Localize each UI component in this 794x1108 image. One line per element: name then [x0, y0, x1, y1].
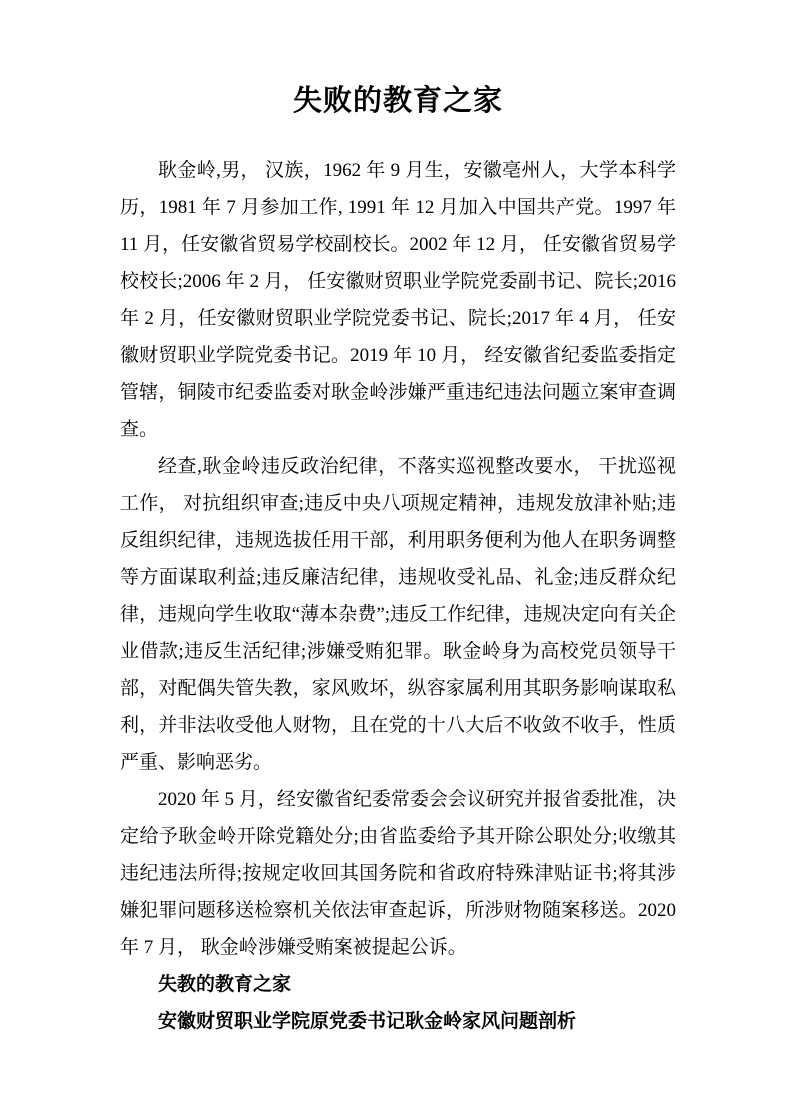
paragraph-punishment: 2020 年 5 月，经安徽省纪委常委会会议研究并报省委批准，决定给予耿金岭开除… [120, 781, 676, 966]
document-body: 耿金岭,男， 汉族，1962 年 9 月生，安徽亳州人，大学本科学历，1981 … [120, 152, 676, 1040]
subheading-failed-education-family: 失教的教育之家 [120, 966, 676, 1003]
subheading-family-conduct-analysis: 安徽财贸职业学院原党委书记耿金岭家风问题剖析 [120, 1003, 676, 1040]
page-title: 失败的教育之家 [120, 78, 676, 124]
document-page: 失败的教育之家 耿金岭,男， 汉族，1962 年 9 月生，安徽亳州人，大学本科… [0, 0, 794, 1108]
paragraph-violations: 经查,耿金岭违反政治纪律，不落实巡视整改要水， 干扰巡视工作， 对抗组织审查;违… [120, 448, 676, 781]
paragraph-biography: 耿金岭,男， 汉族，1962 年 9 月生，安徽亳州人，大学本科学历，1981 … [120, 152, 676, 448]
